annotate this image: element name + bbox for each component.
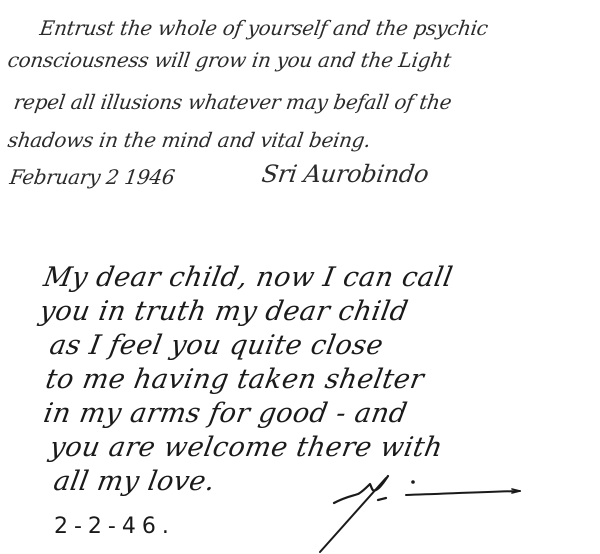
signature-mark-icon bbox=[0, 0, 600, 554]
document-page: Entrust the whole of yourself and the ps… bbox=[0, 0, 600, 554]
